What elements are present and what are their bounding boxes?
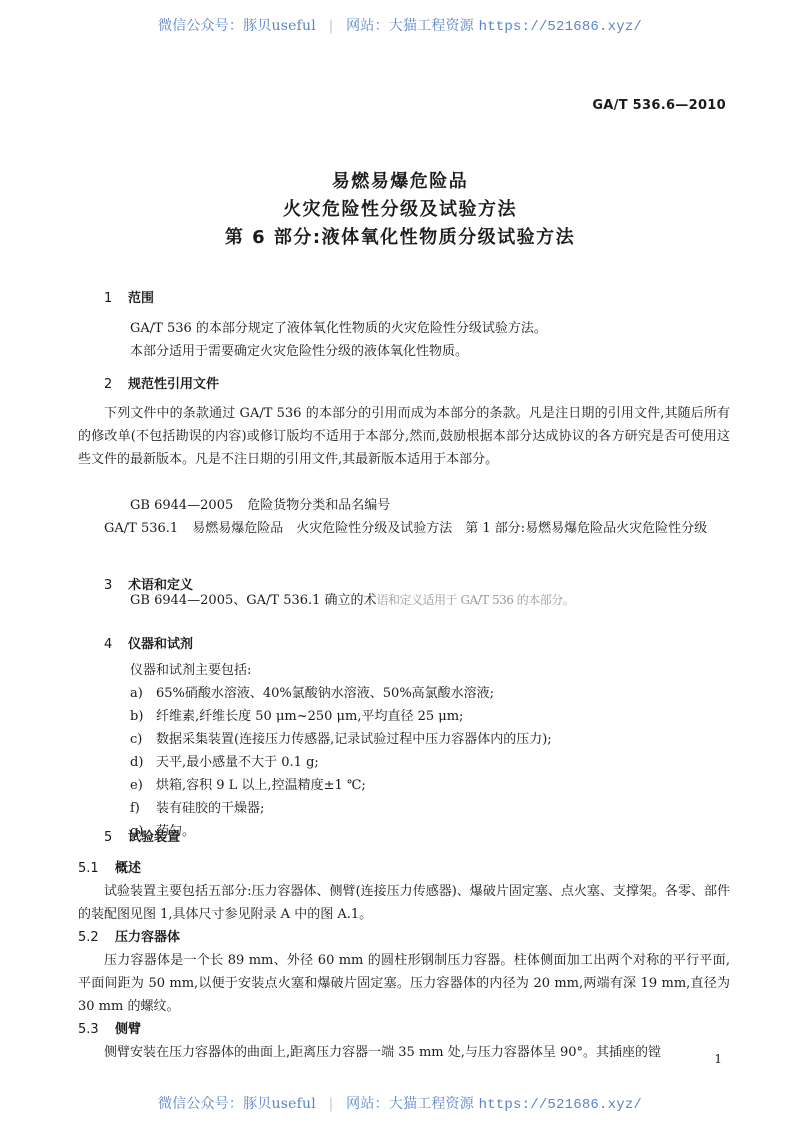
list-item-b: b)纤维素,纤维长度 50 μm~250 μm,平均直径 25 μm; (130, 705, 463, 728)
watermark-wechat: 微信公众号：豚贝useful (158, 1096, 316, 1112)
list-item-c: c)数据采集装置(连接压力传感器,记录试验过程中压力容器体内的压力); (130, 728, 552, 751)
watermark-separator: | (329, 18, 334, 34)
title-line-2: 火灾危险性分级及试验方法 (0, 196, 800, 224)
watermark-wechat: 微信公众号：豚贝useful (158, 18, 316, 34)
section-1-paragraph-2: 本部分适用于需要确定火灾危险性分级的液体氧化性物质。 (104, 340, 730, 363)
watermark-separator: | (329, 1096, 334, 1112)
section-1-paragraph-1: GA/T 536 的本部分规定了液体氧化性物质的火灾危险性分级试验方法。 (104, 317, 730, 340)
page-number: 1 (714, 1052, 722, 1066)
watermark-url[interactable]: https://521686.xyz/ (479, 1097, 642, 1113)
list-item-e: e)烘箱,容积 9 L 以上,控温精度±1 ℃; (130, 774, 366, 797)
list-item-d: d)天平,最小感量不大于 0.1 g; (130, 751, 319, 774)
watermark-site: 网站：大猫工程资源 (346, 18, 474, 34)
standard-number: GA/T 536.6—2010 (592, 98, 726, 113)
section-5-2-heading: 5.2压力容器体 (78, 926, 180, 949)
watermark-top: 微信公众号：豚贝useful | 网站：大猫工程资源 https://52168… (0, 15, 800, 35)
section-5-3-paragraph: 侧臂安装在压力容器体的曲面上,距离压力容器一端 35 mm 处,与压力容器体呈 … (78, 1041, 730, 1064)
document-title: 易燃易爆危险品 火灾危险性分级及试验方法 第 6 部分:液体氧化性物质分级试验方… (0, 168, 800, 252)
section-2-heading: 2规范性引用文件 (104, 373, 219, 396)
list-item-f: f)装有硅胶的干燥器; (130, 797, 264, 820)
watermark-site: 网站：大猫工程资源 (346, 1096, 474, 1112)
normative-reference-1: GB 6944—2005危险货物分类和品名编号 (104, 494, 730, 517)
section-5-heading: 5试验装置 (104, 826, 180, 849)
section-2-paragraph: 下列文件中的条款通过 GA/T 536 的本部分的引用而成为本部分的条款。凡是注… (78, 402, 730, 471)
list-item-a: a)65%硝酸水溶液、40%氯酸钠水溶液、50%高氯酸水溶液; (130, 682, 494, 705)
title-line-3: 第 6 部分:液体氧化性物质分级试验方法 (0, 224, 800, 252)
watermark-bottom: 微信公众号：豚贝useful | 网站：大猫工程资源 https://52168… (0, 1093, 800, 1113)
section-5-2-paragraph: 压力容器体是一个长 89 mm、外径 60 mm 的圆柱形钢制压力容器。柱体侧面… (78, 949, 730, 1018)
section-5-3-heading: 5.3侧臂 (78, 1018, 141, 1041)
section-4-intro: 仪器和试剂主要包括: (104, 659, 730, 682)
section-1-heading: 1范围 (104, 287, 154, 310)
section-5-1-heading: 5.1概述 (78, 857, 141, 880)
section-3-paragraph: GB 6944—2005、GA/T 536.1 确立的术语和定义适用于 GA/T… (104, 589, 730, 612)
title-line-1: 易燃易爆危险品 (0, 168, 800, 196)
watermark-url[interactable]: https://521686.xyz/ (479, 19, 642, 35)
section-5-1-paragraph: 试验装置主要包括五部分:压力容器体、侧臂(连接压力传感器)、爆破片固定塞、点火塞… (78, 880, 730, 926)
section-4-heading: 4仪器和试剂 (104, 633, 193, 656)
normative-reference-2: GA/T 536.1易燃易爆危险品 火灾危险性分级及试验方法 第 1 部分:易燃… (78, 517, 730, 540)
